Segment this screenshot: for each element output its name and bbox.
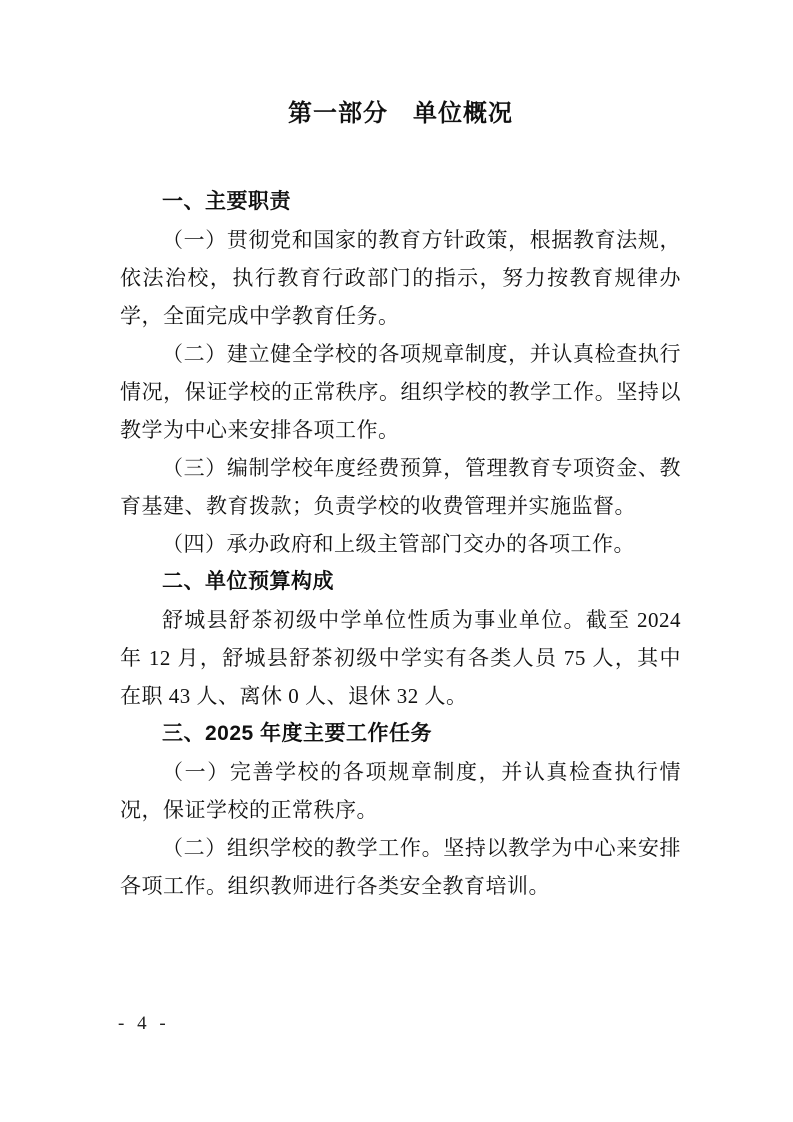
document-content: 第一部分 单位概况 一、主要职责 （一）贯彻党和国家的教育方针政策，根据教育法规… xyxy=(120,98,681,905)
page-title: 第一部分 单位概况 xyxy=(120,98,681,130)
paragraph-task-2: （二）组织学校的教学工作。坚持以教学为中心来安排各项工作。组织教师进行各类安全教… xyxy=(120,829,681,905)
paragraph-duty-1: （一）贯彻党和国家的教育方针政策，根据教育法规，依法治校，执行教育行政部门的指示… xyxy=(120,221,681,335)
paragraph-task-1: （一）完善学校的各项规章制度，并认真检查执行情况，保证学校的正常秩序。 xyxy=(120,753,681,829)
paragraph-budget-composition: 舒城县舒茶初级中学单位性质为事业单位。截至 2024 年 12 月，舒城县舒茶初… xyxy=(120,601,681,715)
paragraph-duty-4: （四）承办政府和上级主管部门交办的各项工作。 xyxy=(120,525,681,563)
paragraph-duty-3: （三）编制学校年度经费预算，管理教育专项资金、教育基建、教育拨款；负责学校的收费… xyxy=(120,449,681,525)
section-heading-2025-tasks: 三、2025 年度主要工作任务 xyxy=(120,715,681,753)
paragraph-duty-2: （二）建立健全学校的各项规章制度，并认真检查执行情况，保证学校的正常秩序。组织学… xyxy=(120,335,681,449)
section-heading-main-duties: 一、主要职责 xyxy=(120,183,681,221)
section-heading-budget-composition: 二、单位预算构成 xyxy=(120,563,681,601)
document-body: 一、主要职责 （一）贯彻党和国家的教育方针政策，根据教育法规，依法治校，执行教育… xyxy=(120,183,681,905)
page-number: - 4 - xyxy=(118,1013,170,1035)
document-page: 第一部分 单位概况 一、主要职责 （一）贯彻党和国家的教育方针政策，根据教育法规… xyxy=(0,0,793,1122)
